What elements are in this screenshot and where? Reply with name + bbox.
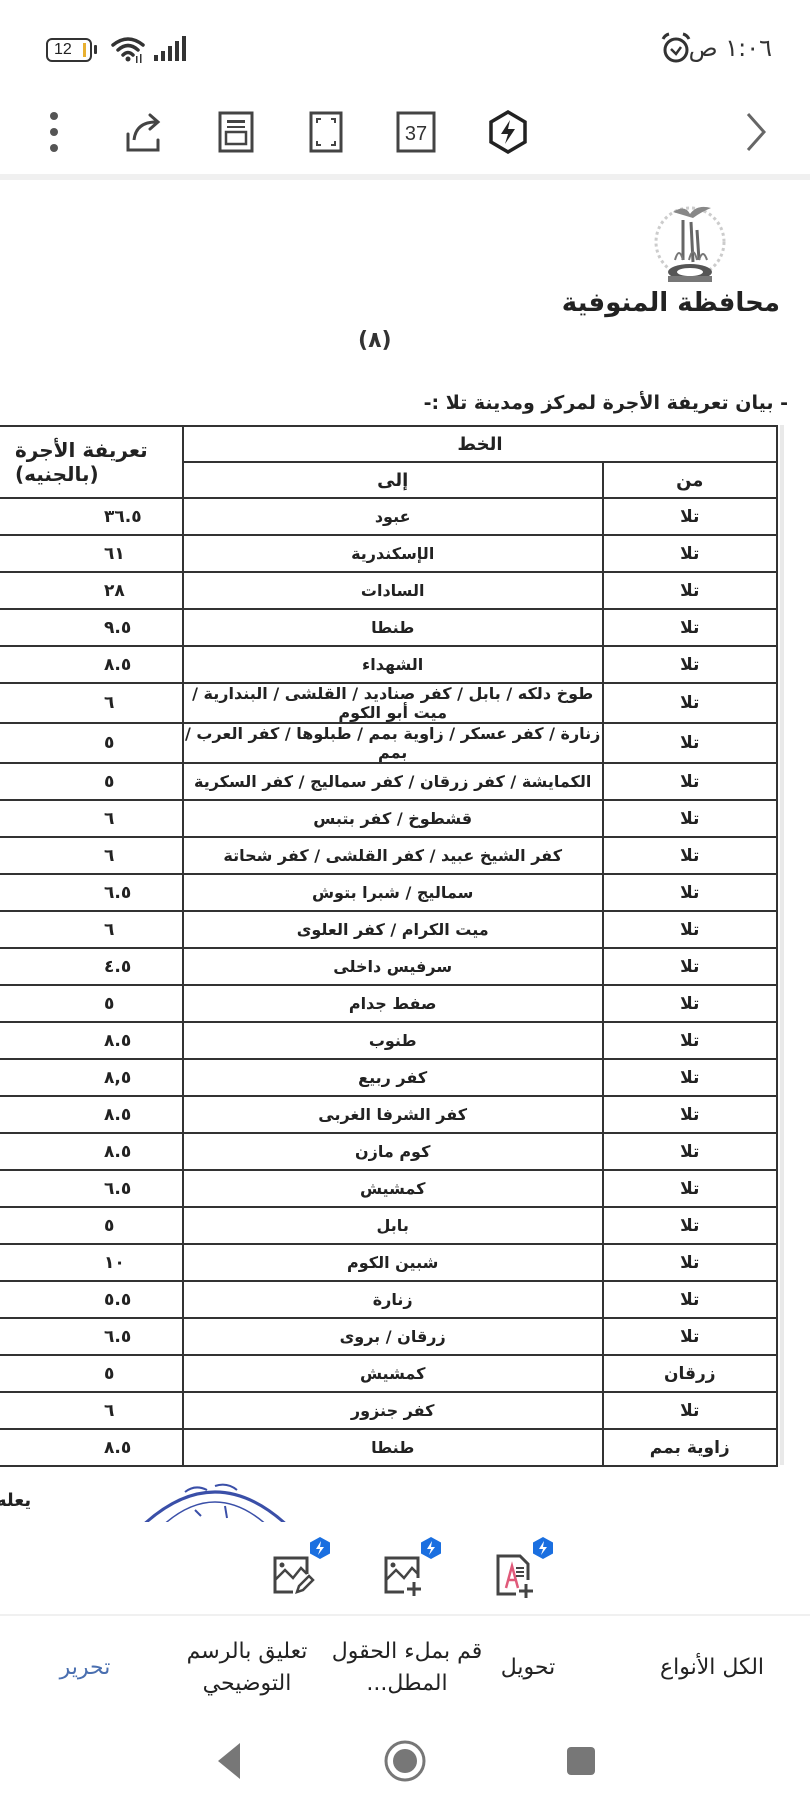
to-cell: كوم مازن	[183, 1133, 603, 1170]
share-icon[interactable]	[120, 108, 168, 156]
to-cell: زرقان / بروى	[183, 1318, 603, 1355]
from-cell: تلا	[603, 837, 778, 874]
table-row: تلاكفر الشيخ عبيد / كفر القلشى / كفر شحا…	[0, 837, 777, 874]
from-cell: تلا	[603, 1392, 778, 1429]
add-image-button[interactable]	[376, 1544, 436, 1604]
from-cell: تلا	[603, 874, 778, 911]
back-icon	[214, 1741, 244, 1781]
document-page[interactable]: محافظة المنوفية (٨) - بيان تعريفة الأجرة…	[0, 180, 810, 1522]
status-bar: 12 ١:٠٦ ص	[0, 0, 810, 92]
table-row: زرقانكمشيش٥	[0, 1355, 777, 1392]
fare-cell: ٦	[0, 837, 183, 874]
table-row: تلاصفط جدام٥	[0, 985, 777, 1022]
add-image-icon	[382, 1554, 426, 1598]
signature-text: يعله	[0, 1490, 31, 1511]
from-cell: تلا	[603, 1318, 778, 1355]
header-line: الخط	[183, 426, 777, 462]
fare-cell: ٥.٥	[0, 1281, 183, 1318]
pro-tools-icon[interactable]	[484, 108, 532, 156]
to-cell: كفر جنزور	[183, 1392, 603, 1429]
from-cell: تلا	[603, 1096, 778, 1133]
table-row: تلازنارة / كفر عسكر / زاوية بمم / طبلوها…	[0, 723, 777, 763]
signal-icon	[152, 36, 190, 62]
to-cell: طوخ دلكه / بابل / كفر صناديد / القلشى / …	[183, 683, 603, 723]
tab-annotate[interactable]: تعليق بالرسم التوضيحي	[172, 1616, 322, 1720]
fare-table: الخط تعريفة الأجرة (بالجنيه) من إلى تلاع…	[0, 425, 778, 1467]
from-cell: تلا	[603, 1281, 778, 1318]
to-cell: الشهداء	[183, 646, 603, 683]
fare-cell: ٨.٥	[0, 1133, 183, 1170]
tab-edit[interactable]: تحرير	[20, 1616, 150, 1720]
clock: ١:٠٦ ص	[689, 34, 772, 62]
to-cell: السادات	[183, 572, 603, 609]
recents-icon	[565, 1745, 597, 1777]
page-number: (٨)	[358, 328, 392, 353]
from-cell: تلا	[603, 535, 778, 572]
recents-button[interactable]	[556, 1736, 606, 1786]
to-cell: زنارة / كفر عسكر / زاوية بمم / طبلوها / …	[183, 723, 603, 763]
to-cell: زنارة	[183, 1281, 603, 1318]
from-cell: تلا	[603, 683, 778, 723]
fare-cell: ٥	[0, 723, 183, 763]
battery-icon: 12	[46, 38, 92, 62]
header-to: إلى	[183, 462, 603, 498]
edit-image-icon	[271, 1554, 315, 1598]
from-cell: زرقان	[603, 1355, 778, 1392]
more-vert-icon[interactable]	[30, 108, 78, 156]
tools-row	[0, 1522, 810, 1614]
from-cell: تلا	[603, 763, 778, 800]
to-cell: الإسكندرية	[183, 535, 603, 572]
table-row: تلاطنوب٨.٥	[0, 1022, 777, 1059]
fare-cell: ٨,٥	[0, 1059, 183, 1096]
to-cell: كمشيش	[183, 1355, 603, 1392]
pro-badge-icon	[532, 1536, 554, 1560]
from-cell: تلا	[603, 800, 778, 837]
from-cell: تلا	[603, 1244, 778, 1281]
fare-cell: ٨.٥	[0, 1096, 183, 1133]
table-row: تلاالإسكندرية٦١	[0, 535, 777, 572]
table-row: تلاميت الكرام / كفر العلوى٦	[0, 911, 777, 948]
header-fare: تعريفة الأجرة (بالجنيه)	[0, 426, 183, 498]
to-cell: كفر الشرفا الغربى	[183, 1096, 603, 1133]
to-cell: سماليج / شبرا بتوش	[183, 874, 603, 911]
to-cell: بابل	[183, 1207, 603, 1244]
page-edge	[780, 425, 784, 1465]
fare-cell: ٤.٥	[0, 948, 183, 985]
fare-cell: ٥	[0, 1355, 183, 1392]
table-row: تلاكفر جنزور٦	[0, 1392, 777, 1429]
fare-cell: ٣٦.٥	[0, 498, 183, 535]
wifi-icon	[110, 34, 146, 64]
table-row: تلاعبود٣٦.٥	[0, 498, 777, 535]
table-row: تلابابل٥	[0, 1207, 777, 1244]
from-cell: تلا	[603, 1207, 778, 1244]
battery-level: 12	[54, 41, 72, 58]
from-cell: تلا	[603, 1059, 778, 1096]
edit-image-button[interactable]	[265, 1544, 325, 1604]
pro-badge-icon	[309, 1536, 331, 1560]
official-stamp-icon	[135, 1476, 295, 1522]
fare-cell: ٦	[0, 683, 183, 723]
to-cell: صفط جدام	[183, 985, 603, 1022]
fare-cell: ٢٨	[0, 572, 183, 609]
table-row: تلاشبين الكوم١٠	[0, 1244, 777, 1281]
to-cell: قشطوخ / كفر بتبس	[183, 800, 603, 837]
from-cell: تلا	[603, 646, 778, 683]
table-row: تلاكمشيش٦.٥	[0, 1170, 777, 1207]
table-row: تلاقشطوخ / كفر بتبس٦	[0, 800, 777, 837]
header-from: من	[603, 462, 778, 498]
from-cell: تلا	[603, 609, 778, 646]
system-nav-bar	[0, 1720, 810, 1800]
table-row: تلازنارة٥.٥	[0, 1281, 777, 1318]
fare-cell: ٩.٥	[0, 609, 183, 646]
to-cell: طنطا	[183, 609, 603, 646]
battery-level-bar	[83, 43, 86, 57]
to-cell: ميت الكرام / كفر العلوى	[183, 911, 603, 948]
pro-badge-icon	[420, 1536, 442, 1560]
fare-cell: ٨.٥	[0, 1429, 183, 1466]
tab-all-types[interactable]: الكل الأنواع	[632, 1616, 792, 1720]
top-toolbar: 37	[0, 92, 810, 174]
document-title: - بيان تعريفة الأجرة لمركز ومدينة تلا :-	[424, 392, 788, 414]
fare-cell: ٦.٥	[0, 1170, 183, 1207]
governorate-name: محافظة المنوفية	[562, 288, 780, 318]
from-cell: زاوية بمم	[603, 1429, 778, 1466]
table-row: تلاكوم مازن٨.٥	[0, 1133, 777, 1170]
home-button[interactable]	[380, 1736, 430, 1786]
add-text-file-button[interactable]	[488, 1544, 548, 1604]
tab-fill-fields[interactable]: قم بملء الحقول المطل...	[322, 1616, 492, 1720]
table-row: تلاالكمايشة / كفر زرقان / كفر سماليج / ك…	[0, 763, 777, 800]
fare-table-body: تلاعبود٣٦.٥تلاالإسكندرية٦١تلاالسادات٢٨تل…	[0, 498, 777, 1466]
table-row: تلاطنطا٩.٥	[0, 609, 777, 646]
page-count-icon[interactable]: 37	[392, 108, 440, 156]
fare-cell: ٥	[0, 985, 183, 1022]
fare-cell: ٦.٥	[0, 1318, 183, 1355]
bottom-tabs: الكل الأنواع تحويل قم بملء الحقول المطل.…	[0, 1616, 810, 1720]
to-cell: طنطا	[183, 1429, 603, 1466]
to-cell: كفر الشيخ عبيد / كفر القلشى / كفر شحاتة	[183, 837, 603, 874]
fare-cell: ٦.٥	[0, 874, 183, 911]
fare-cell: ٦١	[0, 535, 183, 572]
table-row: تلاكفر الشرفا الغربى٨.٥	[0, 1096, 777, 1133]
fare-cell: ٥	[0, 1207, 183, 1244]
from-cell: تلا	[603, 985, 778, 1022]
crop-page-icon[interactable]	[302, 108, 350, 156]
fare-cell: ٨.٥	[0, 646, 183, 683]
from-cell: تلا	[603, 911, 778, 948]
back-button[interactable]	[204, 1736, 254, 1786]
fare-cell: ٦	[0, 911, 183, 948]
battery-tip	[94, 45, 97, 54]
to-cell: الكمايشة / كفر زرقان / كفر سماليج / كفر …	[183, 763, 603, 800]
governorate-logo-icon	[645, 200, 735, 290]
from-cell: تلا	[603, 948, 778, 985]
table-row: تلاكفر ربيع٨,٥	[0, 1059, 777, 1096]
fare-cell: ٥	[0, 763, 183, 800]
table-row: زاوية بممطنطا٨.٥	[0, 1429, 777, 1466]
table-row: تلاالسادات٢٨	[0, 572, 777, 609]
from-cell: تلا	[603, 498, 778, 535]
table-row: تلاطوخ دلكه / بابل / كفر صناديد / القلشى…	[0, 683, 777, 723]
to-cell: شبين الكوم	[183, 1244, 603, 1281]
from-cell: تلا	[603, 1133, 778, 1170]
to-cell: كمشيش	[183, 1170, 603, 1207]
to-cell: سرفيس داخلى	[183, 948, 603, 985]
svg-text:37: 37	[405, 123, 427, 145]
fare-cell: ٦	[0, 1392, 183, 1429]
table-row: تلاالشهداء٨.٥	[0, 646, 777, 683]
fare-cell: ١٠	[0, 1244, 183, 1281]
forward-chevron-icon[interactable]	[732, 108, 780, 156]
from-cell: تلا	[603, 1170, 778, 1207]
from-cell: تلا	[603, 723, 778, 763]
to-cell: عبود	[183, 498, 603, 535]
alarm-icon	[660, 32, 692, 64]
to-cell: كفر ربيع	[183, 1059, 603, 1096]
table-row: تلاسماليج / شبرا بتوش٦.٥	[0, 874, 777, 911]
fare-cell: ٦	[0, 800, 183, 837]
fare-cell: ٨.٥	[0, 1022, 183, 1059]
from-cell: تلا	[603, 572, 778, 609]
to-cell: طنوب	[183, 1022, 603, 1059]
table-row: تلاسرفيس داخلى٤.٥	[0, 948, 777, 985]
from-cell: تلا	[603, 1022, 778, 1059]
table-row: تلازرقان / بروى٦.٥	[0, 1318, 777, 1355]
reading-mode-icon[interactable]	[212, 108, 260, 156]
home-icon	[383, 1739, 427, 1783]
